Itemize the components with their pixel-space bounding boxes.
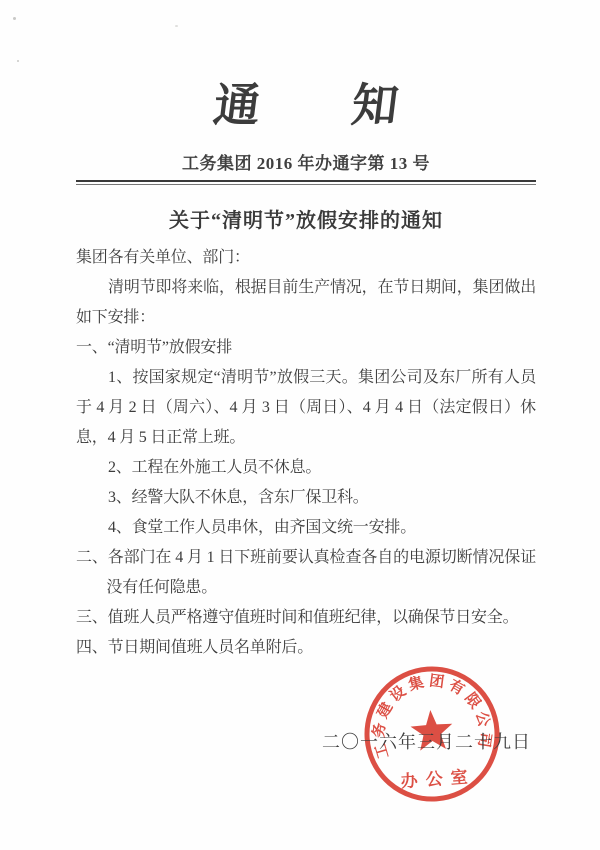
- section-1-item-2: 2、工程在外施工人员不休息。: [76, 453, 536, 483]
- salutation-paragraph: 集团各有关单位、部门：: [76, 243, 536, 273]
- section-1-item-1: 1、按国家规定“清明节”放假三天。集团公司及东厂所有人员于 4 月 2 日（周六…: [76, 363, 536, 453]
- section-1-title: 一、“清明节”放假安排: [76, 333, 536, 363]
- document-title-char: 知: [349, 78, 402, 134]
- notice-body: 集团各有关单位、部门： 清明节即将来临，根据目前生产情况，在节日期间，集团做出如…: [76, 243, 536, 663]
- signature-date: 二〇一六年三月二十九日: [322, 728, 531, 754]
- section-1-item-3: 3、经警大队不休息，含东厂保卫科。: [76, 483, 536, 513]
- notice-heading: 关于“清明节”放假安排的通知: [76, 207, 536, 235]
- header-divider: [76, 180, 536, 185]
- scan-speck: [13, 17, 16, 20]
- scan-speck: [17, 60, 19, 62]
- section-3-paragraph: 三、值班人员严格遵守值班时间和值班纪律，以确保节日安全。: [76, 603, 536, 633]
- document-number: 工务集团 2016 年办通字第 13 号: [76, 152, 536, 176]
- section-2-paragraph: 二、各部门在 4 月 1 日下班前要认真检查各自的电源切断情况保证没有任何隐患。: [76, 543, 536, 603]
- intro-paragraph: 清明节即将来临，根据目前生产情况，在节日期间，集团做出如下安排：: [76, 273, 536, 333]
- section-1-item-4: 4、食堂工作人员串休，由齐国文统一安排。: [76, 513, 536, 543]
- document-title-char: 通: [211, 78, 264, 134]
- document-title: 通 知: [73, 78, 540, 134]
- notice-document: 通 知 工务集团 2016 年办通字第 13 号 关于“清明节”放假安排的通知 …: [0, 0, 600, 850]
- scan-speck: [175, 25, 178, 27]
